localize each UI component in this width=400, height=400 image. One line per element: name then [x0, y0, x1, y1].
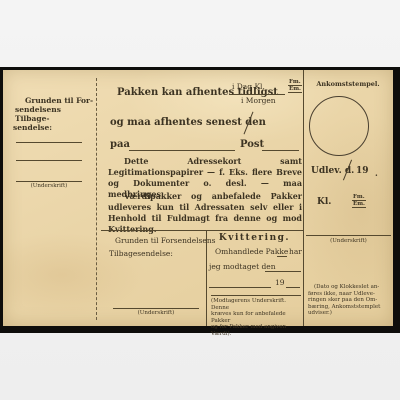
- paa-label: paa: [110, 139, 130, 150]
- receipt-title: Kvittering.: [206, 233, 303, 243]
- bottom-section-divider: [101, 230, 303, 231]
- blank-line: [286, 287, 300, 288]
- blank-line: [129, 150, 235, 151]
- blank-line: [113, 308, 199, 309]
- em-label: Em.: [288, 86, 302, 93]
- return-reason-line1: Grunden til Forsendelsens: [115, 236, 216, 245]
- instructions-para2: Værdipakker og anbefalede Pakker udlever…: [108, 191, 302, 235]
- receipt-year-label: 19: [275, 278, 285, 287]
- left-reason-line2: sendelsens Tilbage-: [13, 105, 97, 123]
- blank-line: [277, 256, 287, 257]
- blank-line: [262, 150, 299, 151]
- blank-line: [209, 287, 271, 288]
- dag-morgen-divider: [229, 94, 285, 95]
- udlev-year-label: 19: [356, 166, 369, 176]
- receipt-note-line1: (Modtagerens Underskrift. Denne: [211, 298, 303, 311]
- pickup-latest-label: og maa afhentes senest den: [110, 117, 266, 128]
- arrival-stamp-label: Ankomststempel.: [303, 80, 393, 88]
- fm-em-choice: Fm. Em.: [288, 79, 302, 93]
- em-label: Em.: [352, 201, 366, 208]
- arrival-stamp-circle: [309, 96, 369, 156]
- perforation-line: [96, 78, 97, 320]
- receipt-note-line3: og for Pakker med angiven Værdi).: [211, 324, 303, 337]
- return-reason-line2: Tilbagesendelse:: [109, 249, 173, 258]
- blank-line: [16, 181, 82, 182]
- right-fm-em-choice: Fm. Em.: [352, 194, 366, 208]
- receipt-line1-pre: Omhandlede Pakke: [215, 247, 288, 256]
- left-reason-line1: Grunden til For-: [13, 96, 97, 105]
- fm-label: Fm.: [288, 79, 302, 86]
- bottom-left-underskrift-label: (Underskrift): [113, 310, 199, 317]
- left-underskrift-label: (Underskrift): [16, 183, 82, 190]
- receipt-note-divider: [211, 295, 301, 296]
- right-underskrift-label: (Underskrift): [306, 238, 391, 245]
- right-note-line5: udviser.): [308, 310, 392, 317]
- receipt-line1-post: har: [289, 247, 302, 256]
- blank-line: [16, 160, 82, 161]
- post-label: Post: [240, 139, 264, 150]
- i-morgen-label: i Morgen: [241, 96, 276, 105]
- blank-line: [265, 271, 301, 272]
- udlev-dot: .: [375, 168, 378, 178]
- blank-line: [306, 235, 391, 236]
- parcel-address-card: Grunden til For- sendelsens Tilbage- sen…: [3, 70, 393, 326]
- receipt-note-line2: kræves kun for anbefalede Pakker: [211, 311, 303, 324]
- i-dag-kl-label: i Dag Kl.: [232, 82, 265, 91]
- left-reason-title: Grunden til For- sendelsens Tilbage- sen…: [13, 96, 97, 132]
- receipt-note: (Modtagerens Underskrift. Denne kræves k…: [211, 298, 303, 337]
- left-reason-line3: sendelse:: [13, 123, 97, 132]
- right-column-divider: [303, 70, 304, 326]
- blank-line: [16, 142, 82, 143]
- black-mat: Grunden til For- sendelsens Tilbage- sen…: [0, 67, 400, 333]
- kl-label: Kl.: [317, 197, 331, 207]
- receipt-line2: jeg modtaget den: [209, 262, 276, 271]
- right-note: (Dato og Klokkeslet an- føres ikke, naar…: [308, 284, 392, 317]
- fm-label: Fm.: [352, 194, 366, 201]
